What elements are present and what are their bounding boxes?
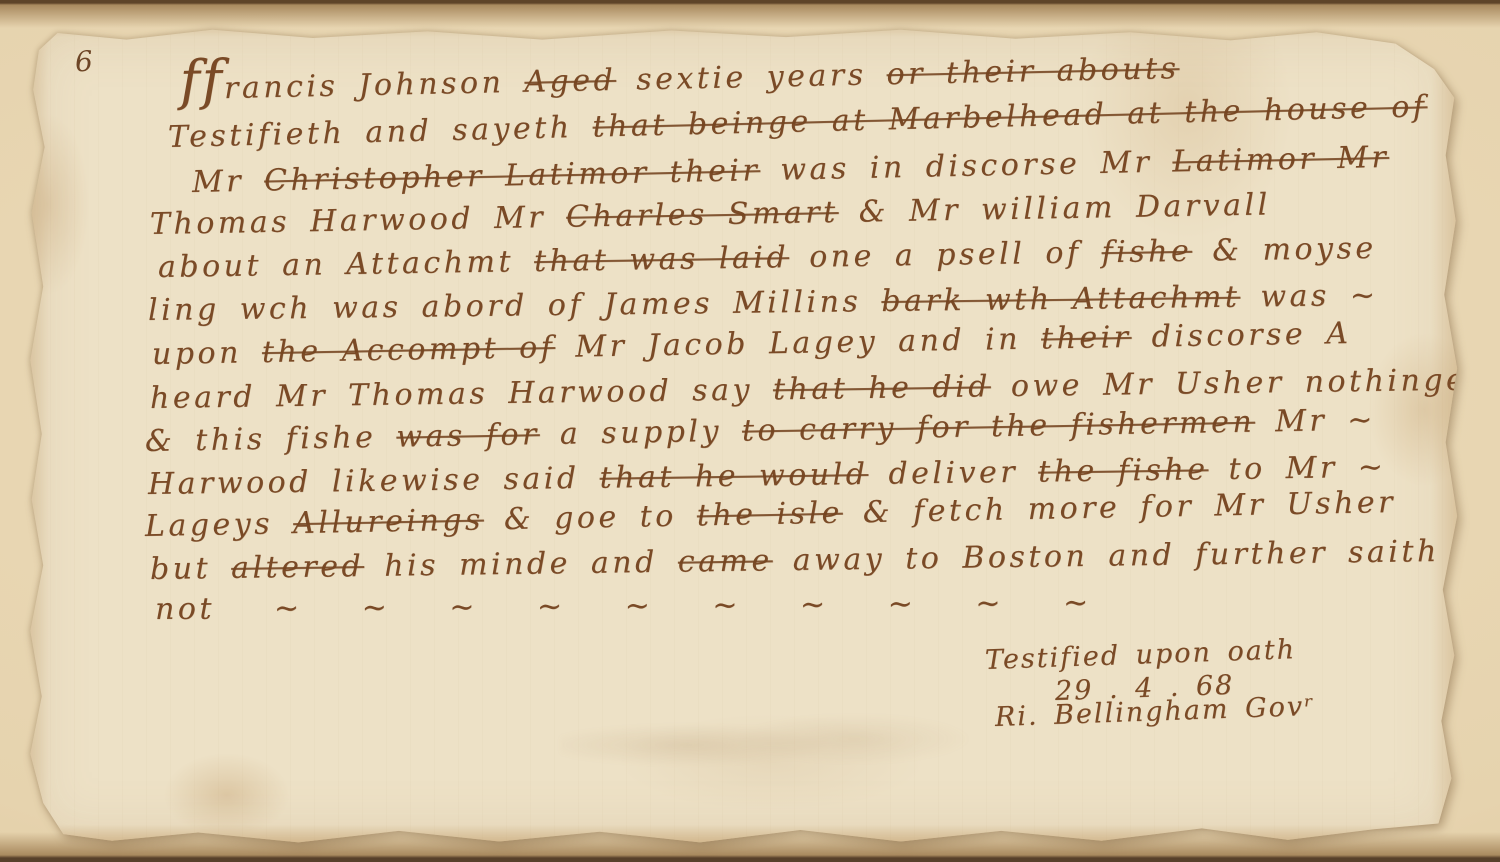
- framed-document: 6 ffrancis Johnson Aged sextie years or …: [0, 0, 1500, 862]
- struck-text: was for: [396, 417, 540, 454]
- ink-showthrough: [560, 715, 980, 775]
- text-run: heard Mr Thomas Harwood say: [150, 372, 773, 416]
- struck-text: the fishe: [1038, 452, 1209, 489]
- struck-text: the Accompt of: [262, 330, 556, 370]
- text-run: Mr: [192, 163, 265, 200]
- struck-text: fishe: [1101, 234, 1192, 270]
- text-run: & goe to: [484, 498, 698, 537]
- text-run: Harwood likewise said: [148, 461, 600, 502]
- struck-text: to carry for the fishermen: [742, 405, 1256, 449]
- struck-text: Allureings: [293, 502, 484, 541]
- manuscript-line: ffrancis Johnson Aged sextie years or th…: [180, 45, 1180, 107]
- text-run: ff: [179, 48, 224, 112]
- text-run: & Mr william Darvall: [838, 187, 1271, 230]
- text-run: Mr ~: [1255, 403, 1376, 440]
- text-run: about an Attachmt: [158, 244, 535, 285]
- text-run: upon: [152, 335, 263, 372]
- text-run: a supply: [540, 414, 743, 453]
- text-run: deliver: [868, 455, 1038, 492]
- struck-text: their: [1041, 320, 1132, 357]
- text-run: not ~ ~ ~ ~ ~ ~ ~ ~ ~ ~: [155, 585, 1092, 627]
- manuscript-line: about an Attachmt that was laid one a ps…: [158, 231, 1377, 285]
- text-run: & fetch more for Mr Usher: [843, 485, 1397, 531]
- struck-text: came: [678, 543, 773, 579]
- text-run: Lageys: [145, 506, 294, 544]
- text-run: his minde and: [364, 545, 678, 584]
- struck-text: Aged: [524, 63, 617, 100]
- struck-text: Latimor Mr: [1172, 140, 1390, 180]
- text-run: one a psell of: [789, 235, 1102, 275]
- text-run: sextie years: [616, 57, 887, 98]
- struck-text: that was laid: [534, 240, 790, 279]
- text-run: was ~: [1240, 278, 1379, 315]
- text-run: & this fishe: [145, 420, 397, 459]
- text-run: owe Mr Usher nothinge: [991, 363, 1468, 405]
- struck-text: that beinge at Marbelhead at the house o…: [592, 89, 1428, 144]
- text-run: Thomas Harwood Mr: [150, 200, 567, 242]
- attestation-signature: Ri. Bellingham Govʳ: [994, 691, 1316, 733]
- text-run: Mr Jacob Lagey and in: [555, 321, 1041, 364]
- manuscript-paper: 6 ffrancis Johnson Aged sextie years or …: [26, 24, 1460, 844]
- text-run: discorse A: [1131, 316, 1351, 355]
- text-run: was in discorse Mr: [760, 144, 1173, 188]
- paper-shadow: 6 ffrancis Johnson Aged sextie years or …: [26, 24, 1460, 844]
- struck-text: the isle: [697, 496, 844, 534]
- manuscript-line: but altered his minde and came away to B…: [150, 534, 1440, 587]
- text-run: rancis Johnson: [224, 65, 525, 106]
- text-run: & moyse: [1192, 231, 1377, 269]
- struck-text: or their abouts: [886, 51, 1180, 92]
- text-run: to Mr ~: [1208, 450, 1386, 487]
- page-number: 6: [74, 44, 94, 78]
- struck-text: that he did: [773, 369, 991, 407]
- struck-text: altered: [231, 549, 365, 586]
- text-run: away to Boston and further saith: [773, 534, 1441, 578]
- text-run: Testifieth and sayeth: [168, 110, 593, 155]
- struck-text: that he would: [599, 457, 868, 496]
- struck-text: bark wth Attachmt: [881, 280, 1240, 319]
- struck-text: Charles Smart: [566, 195, 839, 235]
- attestation-line: Testified upon oath: [984, 634, 1296, 676]
- struck-text: Christopher Latimor their: [264, 153, 761, 198]
- manuscript-line: not ~ ~ ~ ~ ~ ~ ~ ~ ~ ~: [155, 585, 1092, 627]
- text-run: ling wch was abord of James Millins: [148, 284, 882, 328]
- text-run: but: [150, 551, 232, 587]
